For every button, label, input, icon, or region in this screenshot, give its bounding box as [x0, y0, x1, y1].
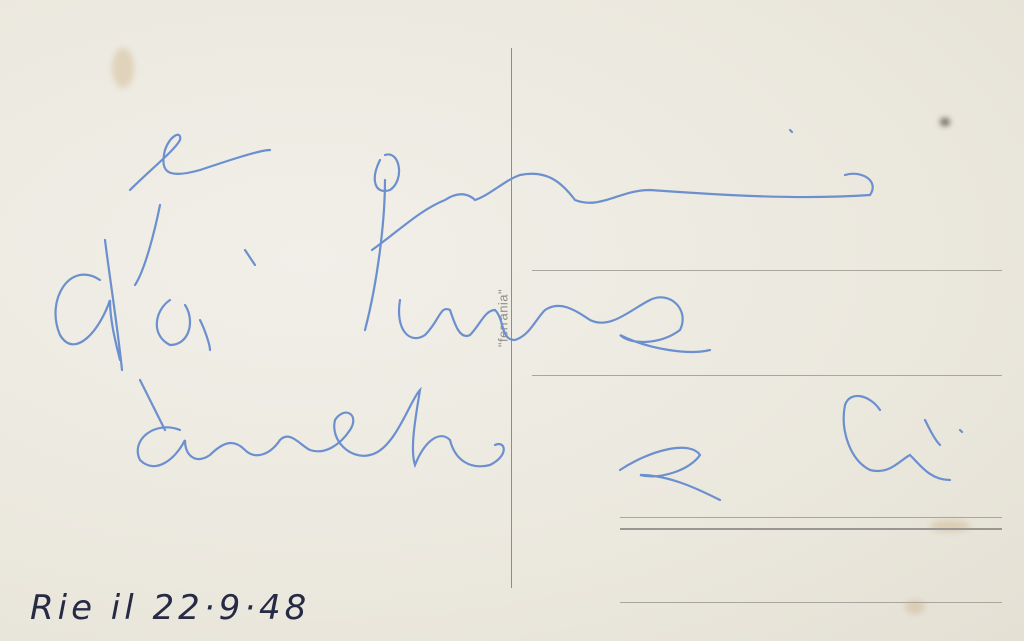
- date-note: Rie il 22·9·48: [30, 588, 310, 628]
- handwriting-strokes: [0, 0, 1024, 641]
- postcard-back: "ferrania" e Grazie di cuore anche a lei…: [0, 0, 1024, 641]
